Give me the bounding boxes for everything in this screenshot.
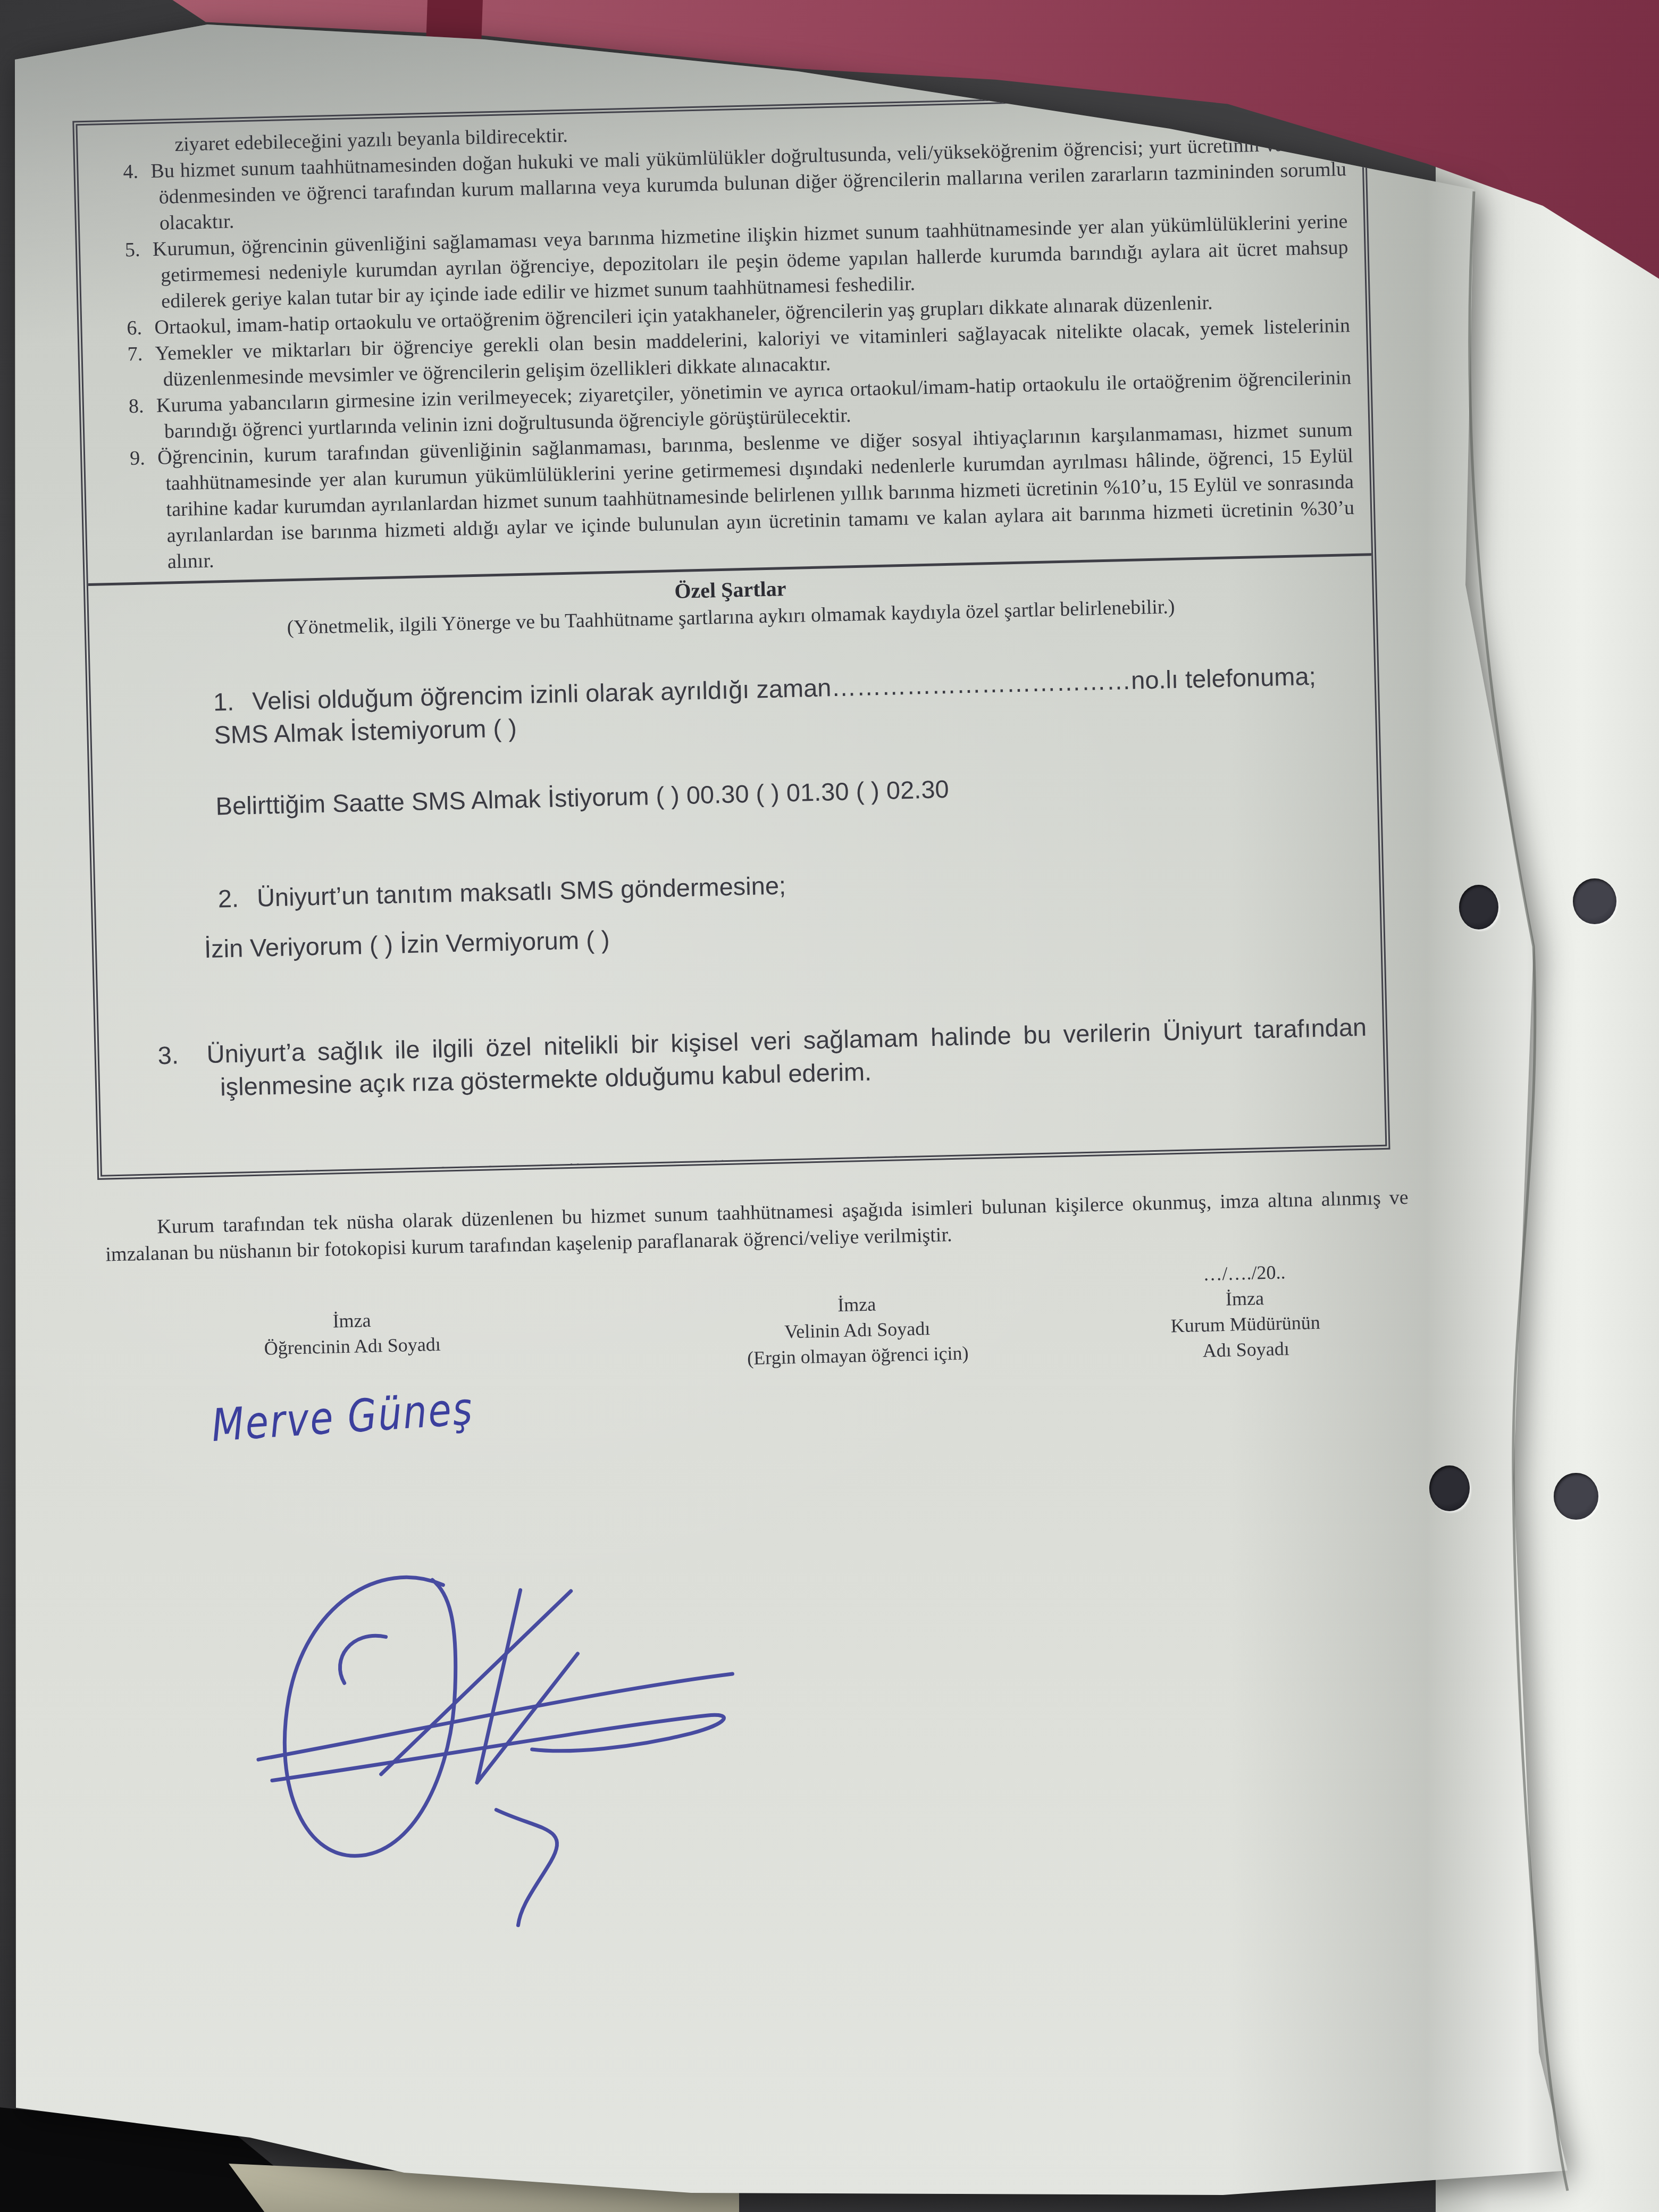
handwritten-student-name: Merve Güneş [210, 1382, 475, 1452]
signature-column-student: İmza Öğrencinin Adı Soyadı [181, 1304, 523, 1363]
special-item-1: 1.Velisi olduğum öğrencim izinli olarak … [106, 659, 1359, 754]
clause-number: 8. [128, 393, 156, 420]
punch-hole-page-lower [1429, 1465, 1470, 1511]
signature-column-director: …/…./20.. İmza Kurum Müdürünün Adı Soyad… [1079, 1256, 1411, 1367]
sms-time-options: Belirttiğim Saatte SMS Almak İstiyorum (… [109, 763, 1361, 825]
special-terms-list: 1.Velisi olduğum öğrencim izinli olarak … [106, 659, 1370, 1180]
special-item-number: 2. [217, 882, 239, 916]
clause-number: 4. [123, 158, 151, 185]
signature-stroke [271, 1715, 725, 1781]
special-item-2-text: Üniyurt’un tanıtım maksatlı SMS gönderme… [256, 871, 786, 911]
special-item-2: 2.Üniyurt’un tanıtım maksatlı SMS gönder… [111, 856, 1363, 918]
clause-text: Öğrencinin, kurum tarafından güvenliğini… [157, 418, 1355, 573]
special-item-number: 4. [222, 1164, 244, 1179]
signature-stroke [339, 1636, 387, 1683]
punch-hole-folder-lower [1554, 1473, 1598, 1520]
printed-content: ziyaret edebileceğini yazılı beyanla bil… [0, 0, 1659, 2212]
consent-options: İzin Veriyorum ( ) İzin Vermiyorum ( ) [112, 906, 1364, 968]
clause-number: 6. [127, 315, 155, 341]
sms-refuse-option: SMS Almak İstemiyorum ( ) [214, 714, 517, 749]
punch-hole-page-upper [1459, 885, 1498, 929]
signature-stroke [281, 1576, 460, 1857]
clause-number: 7. [127, 341, 155, 367]
clause-number: 5. [124, 237, 153, 263]
signature-stroke [377, 1591, 575, 1774]
special-item-number: 3. [188, 1038, 189, 1071]
closing-paragraph: Kurum tarafından tek nüsha olarak düzenl… [105, 1184, 1410, 1268]
contract-page: ziyaret edebileceğini yazılı beyanla bil… [0, 0, 1659, 2212]
special-item-1-text: Velisi olduğum öğrencim izinli olarak ay… [252, 662, 1317, 715]
special-item-3-text: Üniyurt’a sağlık ile ilgili özel nitelik… [206, 1013, 1367, 1101]
special-item-4: 4.Sözleşme ve Eklerini okuduğumu, anladı… [118, 1138, 1370, 1180]
punch-hole-folder-upper [1573, 878, 1616, 924]
photo-of-document: ziyaret edebileceğini yazılı beyanla bil… [0, 0, 1659, 2212]
special-item-4-text: Sözleşme ve Eklerini okuduğumu, anladığı… [261, 1151, 927, 1180]
clauses-box: ziyaret edebileceğini yazılı beyanla bil… [72, 90, 1390, 1180]
clause-number: 9. [130, 445, 158, 472]
special-item-3: 3.Üniyurt’a sağlık ile ilgili özel nitel… [115, 1011, 1368, 1106]
signature-scribble [192, 1527, 787, 1966]
signature-column-guardian: İmza Velinin Adı Soyadı (Ergin olmayan ö… [649, 1287, 1066, 1373]
special-item-number: 1. [213, 685, 234, 719]
signature-stroke [496, 1808, 559, 1926]
